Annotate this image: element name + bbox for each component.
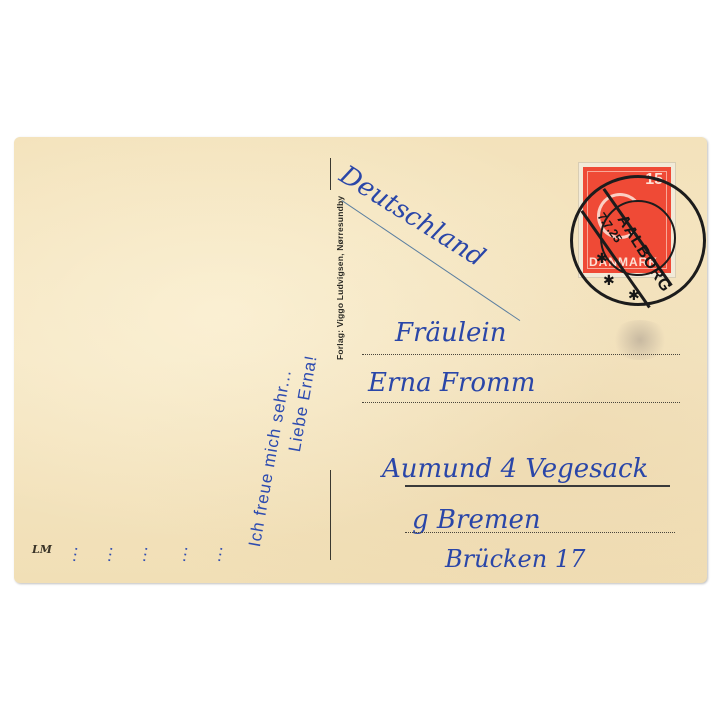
message-line: ... (95, 543, 118, 563)
address-dotted-line (362, 354, 680, 355)
address-dotted-line (405, 532, 675, 533)
address-line-2: g Bremen (412, 505, 541, 535)
address-line-1: Aumund 4 Vegesack (382, 454, 648, 484)
publisher-logo: LM (32, 543, 52, 556)
star-icon: ✱ (603, 272, 615, 289)
address-dotted-line (362, 402, 680, 403)
address-underline (405, 485, 670, 487)
address-salutation: Fräulein (395, 318, 506, 348)
message-line: ... (60, 543, 83, 563)
publisher-imprint: Forlag: Viggo Ludvigsen, Nørresundby (335, 196, 345, 360)
address-name: Erna Fromm (368, 368, 535, 398)
message-line: ... (205, 543, 228, 563)
divider-top (330, 158, 331, 190)
message-line: ... (170, 543, 193, 563)
star-icon: ✱ (596, 250, 608, 267)
message-line: ... (130, 543, 153, 563)
divider-bottom (330, 470, 331, 560)
star-icon: ✱ (628, 287, 640, 304)
address-line-3: Brücken 17 (445, 545, 585, 573)
